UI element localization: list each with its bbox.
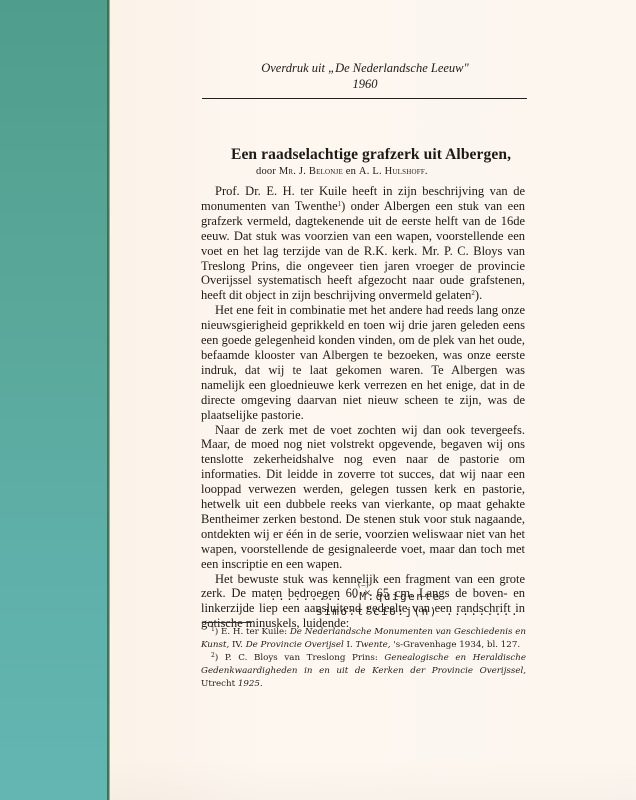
inscription-line-2: simo:t'cio:j(n) .........	[316, 605, 519, 619]
offprint-header: Overdruk uit „De Nederlandsche Leeuw" 19…	[200, 60, 530, 92]
inscription-line-1: ......... -M:quigente	[270, 590, 441, 604]
footnote-1: 1) E. H. ter Kuile: De Nederlandsche Mon…	[201, 626, 526, 652]
paragraph-3: Naar de zerk met de voet zochten wij dan…	[201, 423, 525, 572]
byline-and: en	[346, 166, 356, 177]
article-byline: door Mr. J. Belonje en A. L. Hulshoff.	[256, 166, 586, 177]
page-shadow	[110, 760, 636, 800]
footnotes: 1) E. H. ter Kuile: De Nederlandsche Mon…	[201, 626, 526, 691]
article-title: Een raadselachtige grafzerk uit Albergen…	[190, 146, 610, 164]
offprint-source: Overdruk uit „De Nederlandsche Leeuw"	[200, 60, 530, 76]
byline-prefix: door	[256, 166, 276, 177]
paragraph-2: Het ene feit in combinatie met het ander…	[201, 303, 525, 422]
author-1: Mr. J. Belonje	[279, 166, 343, 177]
header-rule	[202, 98, 527, 99]
footnote-rule	[202, 622, 252, 623]
offprint-year: 1960	[200, 76, 530, 92]
author-2: A. L. Hulshoff.	[359, 166, 428, 177]
article-body: Prof. Dr. E. H. ter Kuile heeft in zijn …	[201, 184, 525, 631]
paragraph-1: Prof. Dr. E. H. ter Kuile heeft in zijn …	[201, 184, 525, 303]
footnote-2: 2) P. C. Bloys van Treslong Prins: Genea…	[201, 652, 526, 691]
booklet-cover	[0, 0, 108, 800]
